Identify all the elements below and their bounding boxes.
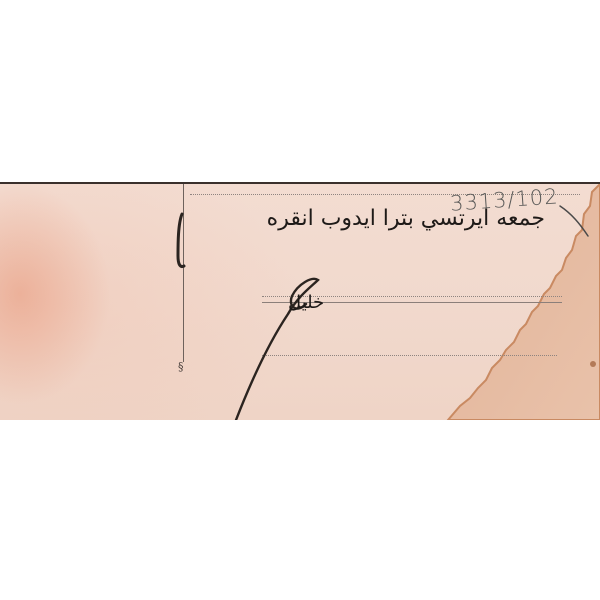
handwritten-signature: خليل [288,292,324,313]
postcard-back: § 3313/102 جمعه ايرتسي بترا ايدوب انقره … [0,182,600,420]
